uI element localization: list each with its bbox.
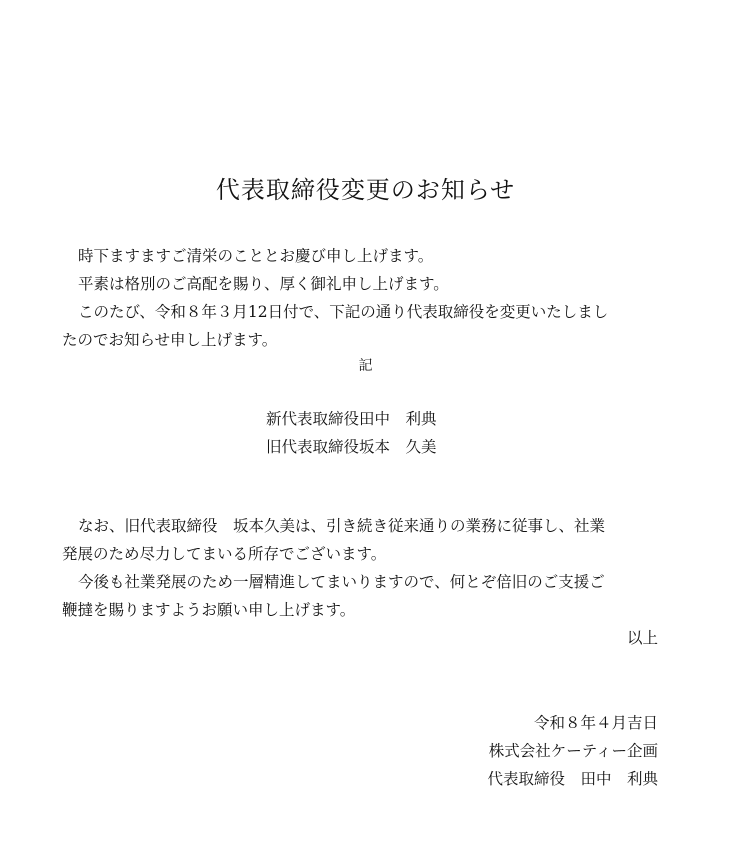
ki-label: 記	[0, 356, 731, 376]
greeting-line-1: 時下ますますご清栄のこととお慶び申し上げます。	[62, 246, 678, 266]
signature-representative: 代表取締役 田中 利典	[62, 769, 658, 789]
greeting-line-2: 平素は格別のご高配を賜り、厚く御礼申し上げます。	[62, 274, 678, 294]
document-page: 代表取締役変更のお知らせ 時下ますますご清栄のこととお慶び申し上げます。 平素は…	[0, 0, 731, 862]
signature-company: 株式会社ケーティー企画	[62, 741, 658, 761]
announcement-line-1: このたび、令和８年３月12日付で、下記の通り代表取締役を変更いたしまし	[62, 302, 678, 322]
signature-date: 令和８年４月吉日	[62, 713, 658, 733]
new-representative-record: 新代表取締役田中 利典	[266, 409, 437, 429]
note-line-1: なお、旧代表取締役 坂本久美は、引き続き従来通りの業務に従事し、社業	[62, 516, 678, 536]
closing-line-1: 今後も社業発展のため一層精進してまいりますので、何とぞ倍旧のご支援ご	[62, 572, 678, 592]
announcement-line-2: たのでお知らせ申し上げます。	[62, 330, 662, 350]
closing-line-2: 鞭撻を賜りますようお願い申し上げます。	[62, 600, 662, 620]
ijou-label: 以上	[62, 628, 658, 648]
old-representative-record: 旧代表取締役坂本 久美	[266, 437, 437, 457]
note-line-2: 発展のため尽力してまいる所存でございます。	[62, 544, 662, 564]
document-title: 代表取締役変更のお知らせ	[0, 174, 731, 206]
